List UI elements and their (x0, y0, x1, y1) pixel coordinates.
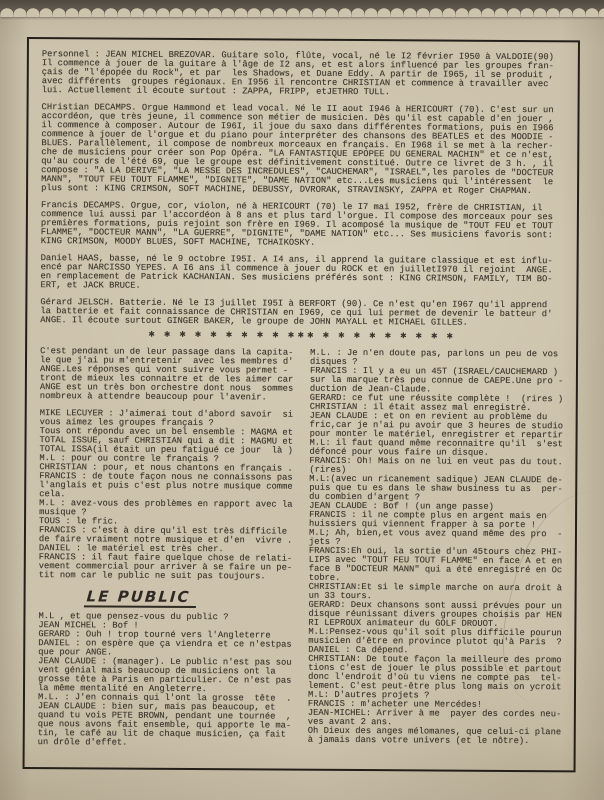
interview-right-text: M.L. : Je n'en doute pas, parlons un peu… (308, 349, 572, 747)
interview-questions-part1: MIKE LECUYER : J'aimerai tout d'abord sa… (39, 409, 302, 582)
scanned-fanzine-page: Personnel : JEAN MICHEL BREZOVAR. Guitar… (0, 0, 604, 800)
interview-left-column: C'est pendant un de leur passage dans la… (38, 347, 302, 757)
personnel-paragraph-christian: CHristian DECAMPS. Orgue Hammond et lead… (41, 103, 566, 196)
interview-questions-part2: M.L , et que pensez-vous du public ? JEA… (38, 612, 301, 749)
interview-intro: C'est pendant un de leur passage dans la… (40, 347, 302, 403)
personnel-paragraph-daniel: Daniel HAAS, basse, né le 9 octobre I95I… (40, 254, 564, 293)
personnel-paragraph-francis: Francis DECAMPS. Orgue, cor, violon, né … (41, 201, 565, 249)
le-public-heading: LE PUBLIC (84, 588, 197, 608)
personnel-paragraph-jean-michel: Personnel : JEAN MICHEL BREZOVAR. Guitar… (42, 50, 566, 98)
torn-paper-edge (0, 0, 604, 15)
interview-columns: C'est pendant un de leur passage dans la… (38, 347, 564, 758)
interview-right-column: M.L. : Je n'en doute pas, parlons un peu… (308, 349, 572, 759)
typed-content-frame: Personnel : JEAN MICHEL BREZOVAR. Guitar… (23, 37, 580, 772)
asterisk-divider: ✱ ✱ ✱ ✱ ✱ ✱ ✱ ✱ ✱ ✱✱✱ ✱ ✱ ✱ ✱ ✱ ✱ ✱ ✱ ✱ (40, 329, 564, 342)
personnel-paragraph-gerard: Gérard JELSCH. Batterie. Né le I3 juille… (40, 298, 564, 328)
